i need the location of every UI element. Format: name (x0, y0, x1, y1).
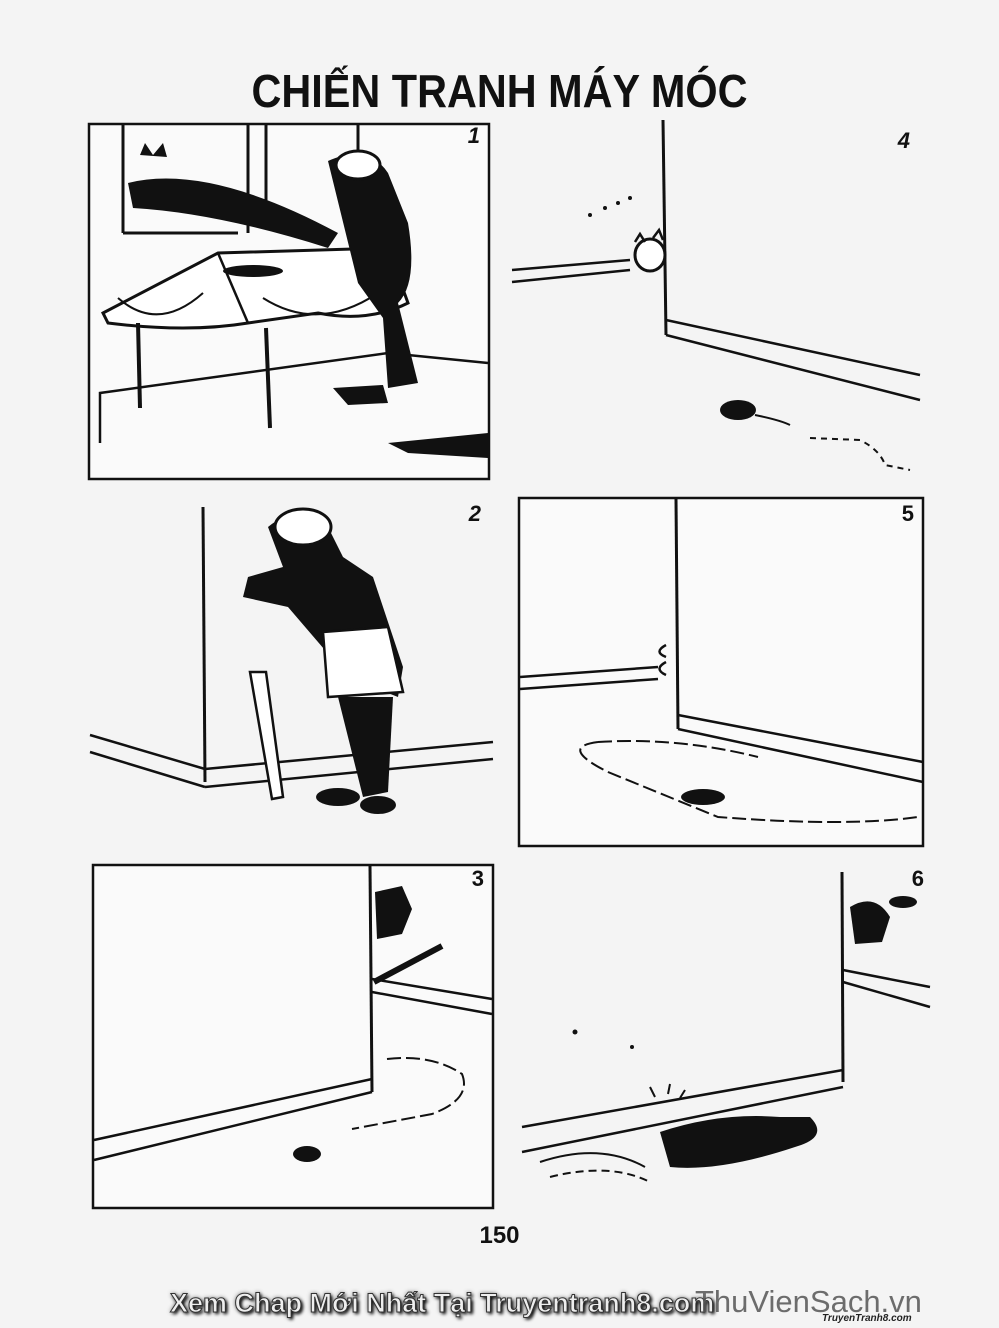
watermark-small: TruyenTranh8.com (822, 1313, 912, 1324)
panel-number: 2 (469, 501, 481, 527)
panel-number: 1 (468, 123, 480, 149)
watermark-banner: Xem Chap Mới Nhất Tại Truyentranh8.com (170, 1288, 714, 1319)
comic-panel-3: 3 (92, 864, 494, 1209)
panel-5-drawing (518, 497, 924, 847)
panel-2-drawing (88, 497, 493, 827)
panel-4-drawing (510, 120, 922, 480)
panel-number: 3 (472, 866, 484, 892)
panel-3-drawing (92, 864, 494, 1209)
panel-number: 4 (898, 128, 910, 154)
comic-panel-2: 2 (88, 497, 493, 827)
page-title: CHIẾN TRANH MÁY MÓC (50, 64, 949, 118)
panel-1-drawing (88, 123, 490, 480)
comic-panel-4: 4 (510, 120, 922, 480)
panel-6-drawing (520, 862, 932, 1207)
page-number: 150 (0, 1222, 999, 1250)
panel-number: 6 (912, 866, 924, 892)
panel-number: 5 (902, 501, 914, 527)
comic-panel-1: 1 (88, 123, 490, 480)
comic-panel-6: 6 (520, 862, 932, 1207)
comic-panel-5: 5 (518, 497, 924, 847)
